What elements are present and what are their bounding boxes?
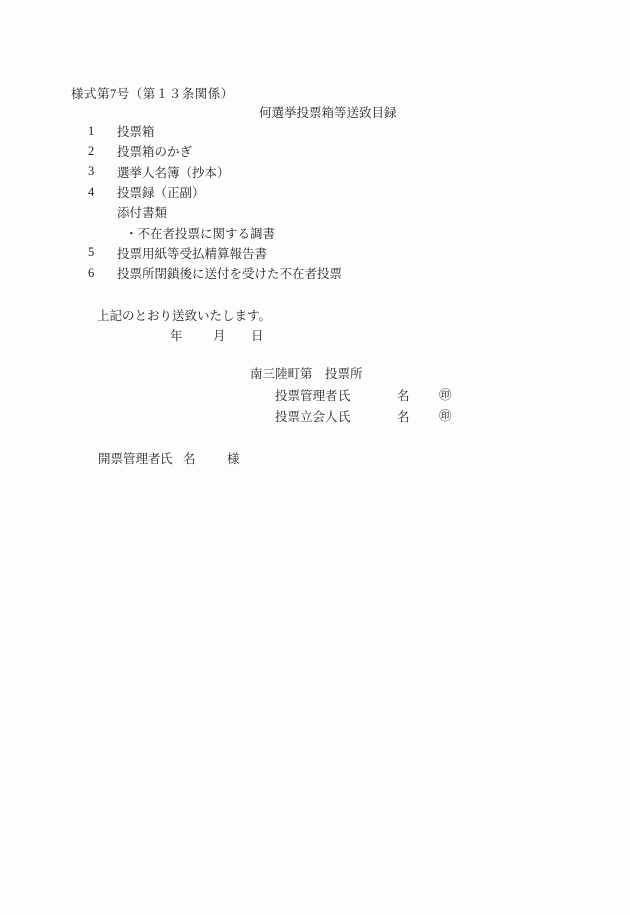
item-text: 投票録（正副）	[117, 183, 205, 201]
list-item: 5 投票用紙等受払精算報告書	[88, 243, 342, 263]
list-item: 1 投票箱	[88, 121, 342, 141]
signer-role-manager: 投票管理者	[275, 390, 338, 403]
date-year-label: 年	[170, 330, 183, 343]
item-text: 投票箱のかぎ	[117, 142, 192, 160]
item-text: 投票箱	[117, 122, 155, 140]
list-item: 2 投票箱のかぎ	[88, 141, 342, 161]
item-text: 投票所閉鎖後に送付を受けた不在者投票	[117, 264, 342, 282]
list-item: 3 選挙人名簿（抄本）	[88, 162, 342, 182]
closing-statement: 上記のとおり送致いたします。	[97, 310, 271, 323]
list-item: 4 投票録（正副）	[88, 182, 342, 202]
item-number: 5	[88, 245, 117, 260]
date-month-label: 月	[213, 330, 226, 343]
item-number: 6	[88, 266, 117, 281]
item-number: 3	[88, 164, 117, 179]
signer-name-first-label: 氏	[338, 411, 351, 424]
addressee-name-first-label: 氏	[160, 453, 173, 466]
polling-place-prefix: 南三陸町第	[250, 368, 313, 381]
signer-name-first-label: 氏	[338, 390, 351, 403]
item-list: 1 投票箱 2 投票箱のかぎ 3 選挙人名簿（抄本） 4 投票録（正副） 添付書…	[88, 121, 342, 283]
signer-name-last-label: 名	[397, 390, 410, 403]
addressee-name-last-label: 名	[183, 453, 196, 466]
form-number: 様式第7号（第１３条関係）	[71, 88, 234, 101]
seal-mark: ㊞	[439, 410, 452, 423]
list-item-attachment-heading: 添付書類	[88, 202, 342, 222]
addressee-honorific: 様	[227, 453, 240, 466]
item-text: ・不在者投票に関する調書	[117, 224, 275, 242]
item-text: 添付書類	[117, 203, 167, 221]
polling-place-suffix: 投票所	[325, 368, 363, 381]
item-number: 2	[88, 144, 117, 159]
list-item-attachment-bullet: ・不在者投票に関する調書	[88, 222, 342, 242]
item-text: 投票用紙等受払精算報告書	[117, 244, 267, 262]
signer-name-last-label: 名	[397, 411, 410, 424]
item-number: 4	[88, 185, 117, 200]
seal-mark: ㊞	[439, 389, 452, 402]
date-day-label: 日	[251, 330, 264, 343]
addressee-role: 開票管理者	[98, 453, 161, 466]
item-text: 選挙人名簿（抄本）	[117, 163, 230, 181]
signer-role-witness: 投票立会人	[275, 411, 338, 424]
document-title: 何選挙投票箱等送致目録	[259, 107, 397, 120]
document-page: 様式第7号（第１３条関係） 何選挙投票箱等送致目録 1 投票箱 2 投票箱のかぎ…	[0, 0, 630, 915]
list-item: 6 投票所閉鎖後に送付を受けた不在者投票	[88, 263, 342, 283]
item-number: 1	[88, 124, 117, 139]
